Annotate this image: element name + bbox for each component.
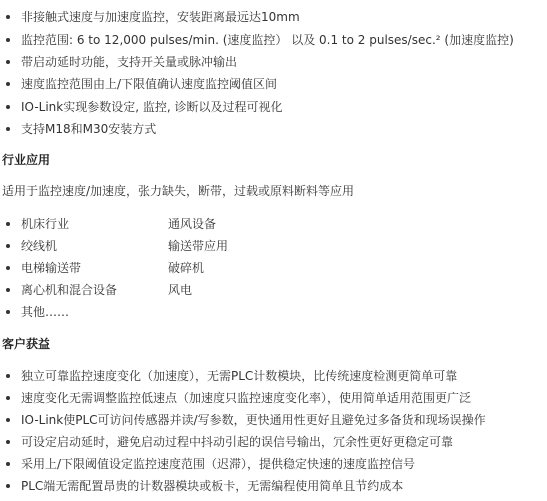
bullet-icon [6, 105, 10, 109]
bullet-icon [6, 127, 10, 131]
bullet-icon [6, 266, 10, 270]
bullet-icon [6, 60, 10, 64]
bullet-icon [6, 418, 10, 422]
bullet-icon [6, 244, 10, 248]
bullet-icon [6, 15, 10, 19]
bullet-icon [6, 440, 10, 444]
bullet-icon [6, 374, 10, 378]
bullet-icon [6, 82, 10, 86]
bullet-icon [6, 484, 10, 488]
section-heading-industry: 行业应用 [2, 150, 50, 170]
bullet-icon [6, 222, 10, 226]
bullet-icon [6, 462, 10, 466]
bullet-icon [6, 288, 10, 292]
bullet-icon [6, 396, 10, 400]
bullet-icon [6, 310, 10, 314]
industry-intro: 适用于监控速度/加速度，张力缺失，断带，过载或原料断料等应用 [2, 181, 354, 201]
bullet-icon [6, 38, 10, 42]
section-heading-benefits: 客户获益 [2, 334, 50, 354]
